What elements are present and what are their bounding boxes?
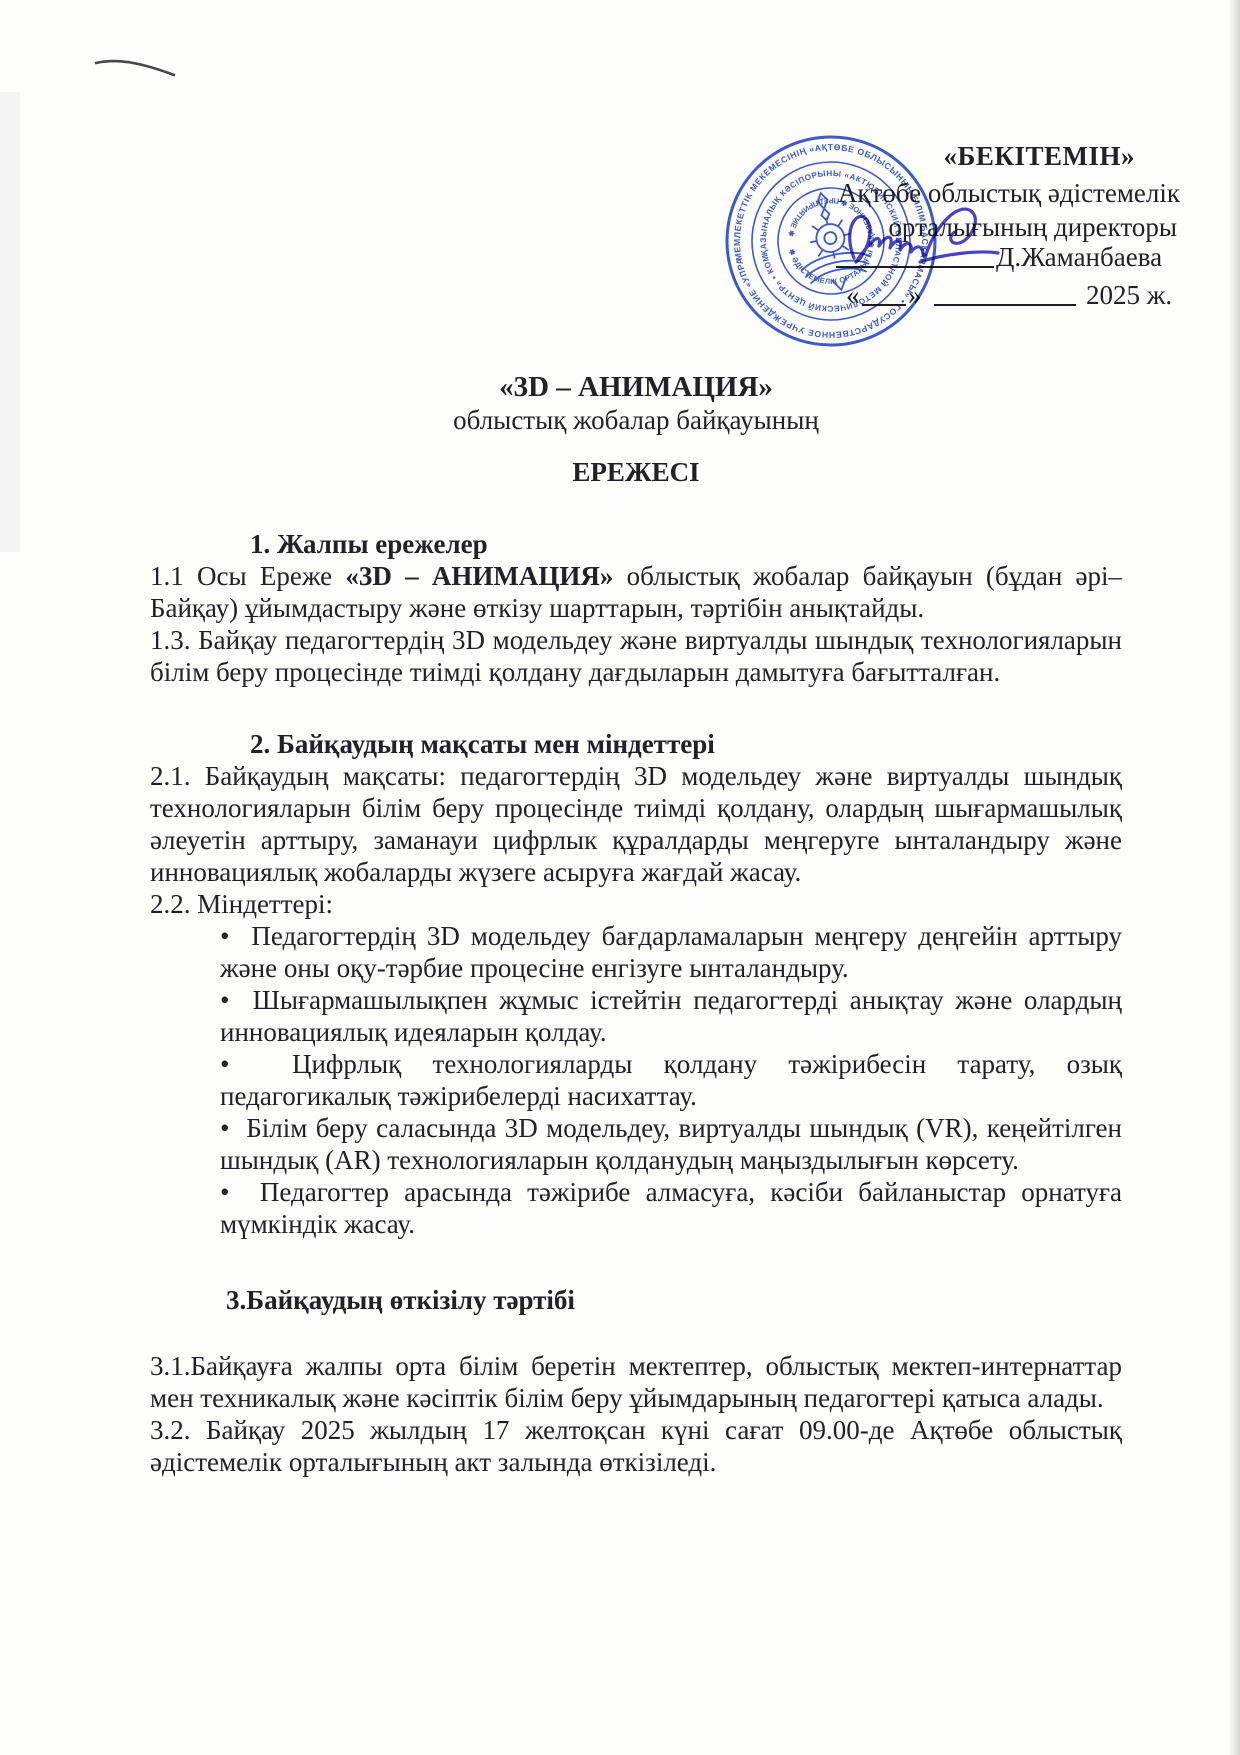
- document-title: «3D – АНИМАЦИЯ»: [150, 370, 1122, 404]
- scan-edge-shadow-left: [0, 92, 20, 552]
- paragraph-1-1-bold: «3D – АНИМАЦИЯ»: [345, 561, 613, 591]
- section-1-heading: 1. Жалпы ережелер: [150, 528, 1122, 560]
- signature: [828, 196, 1088, 282]
- scanned-document-page: «БЕКІТЕМІН» Ақтөбе облыстық әдістемелік …: [0, 0, 1240, 1755]
- paragraph-3-2: 3.2. Байқау 2025 жылдың 17 желтоқсан күн…: [150, 1414, 1122, 1478]
- objectives-bullet-list: Педагогтердің 3D модельдеу бағдарламалар…: [220, 920, 1122, 1240]
- bullet-item: Білім беру саласында 3D модельдеу, вирту…: [220, 1112, 1122, 1176]
- bullet-item: Педагогтердің 3D модельдеу бағдарламалар…: [220, 920, 1122, 984]
- scan-edge-shadow-right: [1229, 0, 1240, 1755]
- paragraph-2-2: 2.2. Міндеттері:: [150, 888, 1122, 920]
- paragraph-3-1: 3.1.Байқауға жалпы орта білім беретін ме…: [150, 1350, 1122, 1414]
- bullet-item: Педагогтер арасында тәжірибе алмасуға, к…: [220, 1176, 1122, 1240]
- bullet-item: Цифрлық технологияларды қолдану тәжірибе…: [220, 1048, 1122, 1112]
- paragraph-2-1: 2.1. Байқаудың мақсаты: педагогтердің 3D…: [150, 760, 1122, 888]
- document-subtitle: облыстық жобалар байқауының: [150, 404, 1122, 436]
- paragraph-1-3: 1.3. Байқау педагогтердің 3D модельдеу ж…: [150, 624, 1122, 688]
- document-body: «3D – АНИМАЦИЯ» облыстық жобалар байқауы…: [150, 370, 1122, 1478]
- paragraph-1-1-pre: 1.1 Осы Ереже: [150, 561, 345, 591]
- date-year: 2025 ж.: [1086, 279, 1172, 311]
- regulation-heading: ЕРЕЖЕСІ: [150, 456, 1122, 488]
- section-3-heading: 3.Байқаудың өткізілу тәртібі: [150, 1284, 1122, 1316]
- section-2-heading: 2. Байқаудың мақсаты мен міндеттері: [150, 728, 1122, 760]
- pen-stroke-mark: [90, 52, 190, 86]
- bullet-item: Шығармашылықпен жұмыс істейтін педагогте…: [220, 984, 1122, 1048]
- approval-heading: «БЕКІТЕМІН»: [944, 140, 1135, 172]
- paragraph-1-1: 1.1 Осы Ереже «3D – АНИМАЦИЯ» облыстық ж…: [150, 560, 1122, 624]
